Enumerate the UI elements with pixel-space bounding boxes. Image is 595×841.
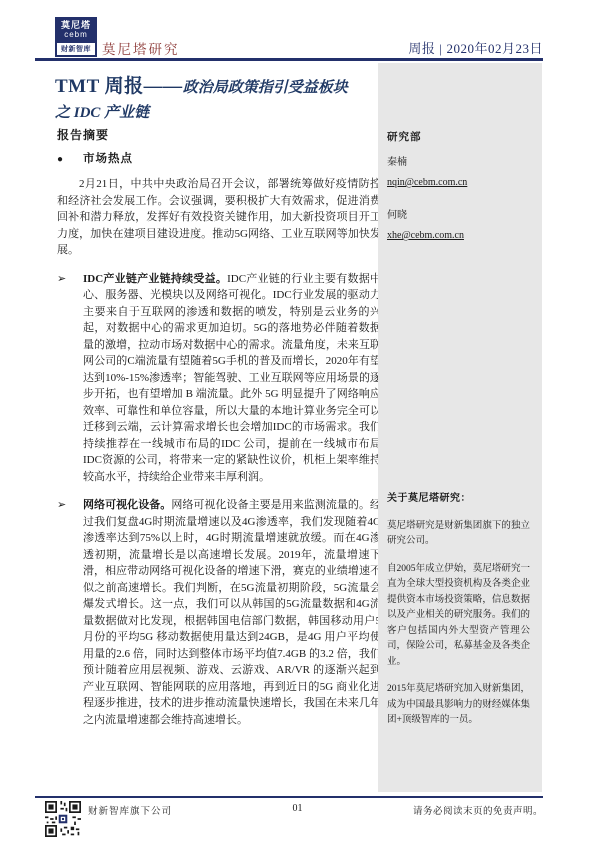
analyst-email-link[interactable]: nqin@cebm.com.cn <box>387 177 467 188</box>
report-page: 莫尼塔 cebm 财新智库 莫尼塔研究 周报|2020年02月23日 TMT 周… <box>0 0 595 841</box>
info-sidebar: 研究部 秦楠 nqin@cebm.com.cn 何晓 xhe@cebm.com.… <box>378 63 542 792</box>
section-market-hotspot: ● 市场热点 <box>57 151 381 168</box>
header-separator: | <box>435 41 446 56</box>
about-paragraph: 莫尼塔研究是财新集团旗下的独立研究公司。 <box>387 519 530 550</box>
page-title-sub2: 之 IDC 产业链 <box>55 105 149 121</box>
analyst-email: nqin@cebm.com.cn <box>387 172 530 190</box>
brand-name: 莫尼塔研究 <box>102 38 180 58</box>
about-paragraph: 自2005年成立伊始，莫尼塔研究一直为全球大型投资机构及各类企业提供资本市场投资… <box>387 562 530 671</box>
page-title: TMT 周报——政治局政策指引受益板块 之 IDC 产业链 <box>55 72 385 126</box>
about-paragraph: 2015年莫尼塔研究加入财新集团，成为中国最具影响力的财经媒体集团+顶级智库的一… <box>387 682 530 729</box>
report-type-and-date: 周报|2020年02月23日 <box>408 38 543 57</box>
logo-mark: 莫尼塔 cebm <box>55 17 97 43</box>
section-idc-chain: ➢ IDC产业链产业链持续受益。IDC产业链的行业主要有数据中心、服务器、光模块… <box>57 271 381 486</box>
report-date: 2020年02月23日 <box>446 41 543 56</box>
arrow-bullet-icon: ➢ <box>57 497 83 728</box>
page-title-sub: 政治局政策指引受益板块 <box>183 80 348 96</box>
about-section: 关于莫尼塔研究： 莫尼塔研究是财新集团旗下的独立研究公司。 自2005年成立伊始… <box>387 491 530 741</box>
report-type-label: 周报 <box>408 41 435 56</box>
analyst-list: 秦楠 nqin@cebm.com.cn 何晓 xhe@cebm.com.cn <box>387 153 530 259</box>
section-lead: 网络可视化设备。 <box>83 499 171 511</box>
analyst-email: xhe@cebm.com.cn <box>387 225 530 243</box>
summary-column: 报告摘要 ● 市场热点 2月21日，中共中央政治局召开会议，部署统筹做好疫情防控… <box>57 127 381 740</box>
dot-bullet-icon: ● <box>57 152 83 168</box>
arrow-bullet-icon: ➢ <box>57 271 83 486</box>
section-body-network-visualization: 网络可视化设备。网络可视化设备主要是用来监测流量的。经过我们复盘4G时期流量增速… <box>83 497 381 728</box>
sidebar-content: 研究部 秦楠 nqin@cebm.com.cn 何晓 xhe@cebm.com.… <box>378 63 542 792</box>
analyst-entry: 秦楠 nqin@cebm.com.cn <box>387 153 530 190</box>
footer-disclaimer: 请务必阅读末页的免责声明。 <box>413 803 543 817</box>
section-network-visualization: ➢ 网络可视化设备。网络可视化设备主要是用来监测流量的。经过我们复盘4G时期流量… <box>57 497 381 728</box>
section-body-idc-chain: IDC产业链产业链持续受益。IDC产业链的行业主要有数据中心、服务器、光模块以及… <box>83 271 381 486</box>
section-body-market-hotspot: 2月21日，中共中央政治局召开会议，部署统筹做好疫情防控和经济社会发展工作。会议… <box>57 176 381 259</box>
header-divider <box>35 58 543 61</box>
page-title-main: TMT 周报—— <box>55 76 183 97</box>
section-text: 网络可视化设备主要是用来监测流量的。经过我们复盘4G时期流量增速以及4G渗透率，… <box>83 499 381 726</box>
summary-heading: 报告摘要 <box>57 127 381 143</box>
analyst-email-link[interactable]: xhe@cebm.com.cn <box>387 230 464 241</box>
logo-text-en: cebm <box>55 31 97 40</box>
company-logo: 莫尼塔 cebm 财新智库 <box>55 17 97 57</box>
section-lead: IDC产业链产业链持续受益。 <box>83 273 227 285</box>
footer-divider <box>35 796 543 798</box>
logo-caixin-label: 财新智库 <box>55 43 97 57</box>
analyst-name: 何晓 <box>387 206 530 221</box>
section-title: 市场热点 <box>83 151 133 167</box>
analyst-entry: 何晓 xhe@cebm.com.cn <box>387 206 530 243</box>
research-dept-heading: 研究部 <box>387 129 422 144</box>
section-text: IDC产业链的行业主要有数据中心、服务器、光模块以及网络可视化。IDC行业发展的… <box>83 273 381 483</box>
about-heading: 关于莫尼塔研究： <box>387 491 530 507</box>
analyst-name: 秦楠 <box>387 153 530 168</box>
